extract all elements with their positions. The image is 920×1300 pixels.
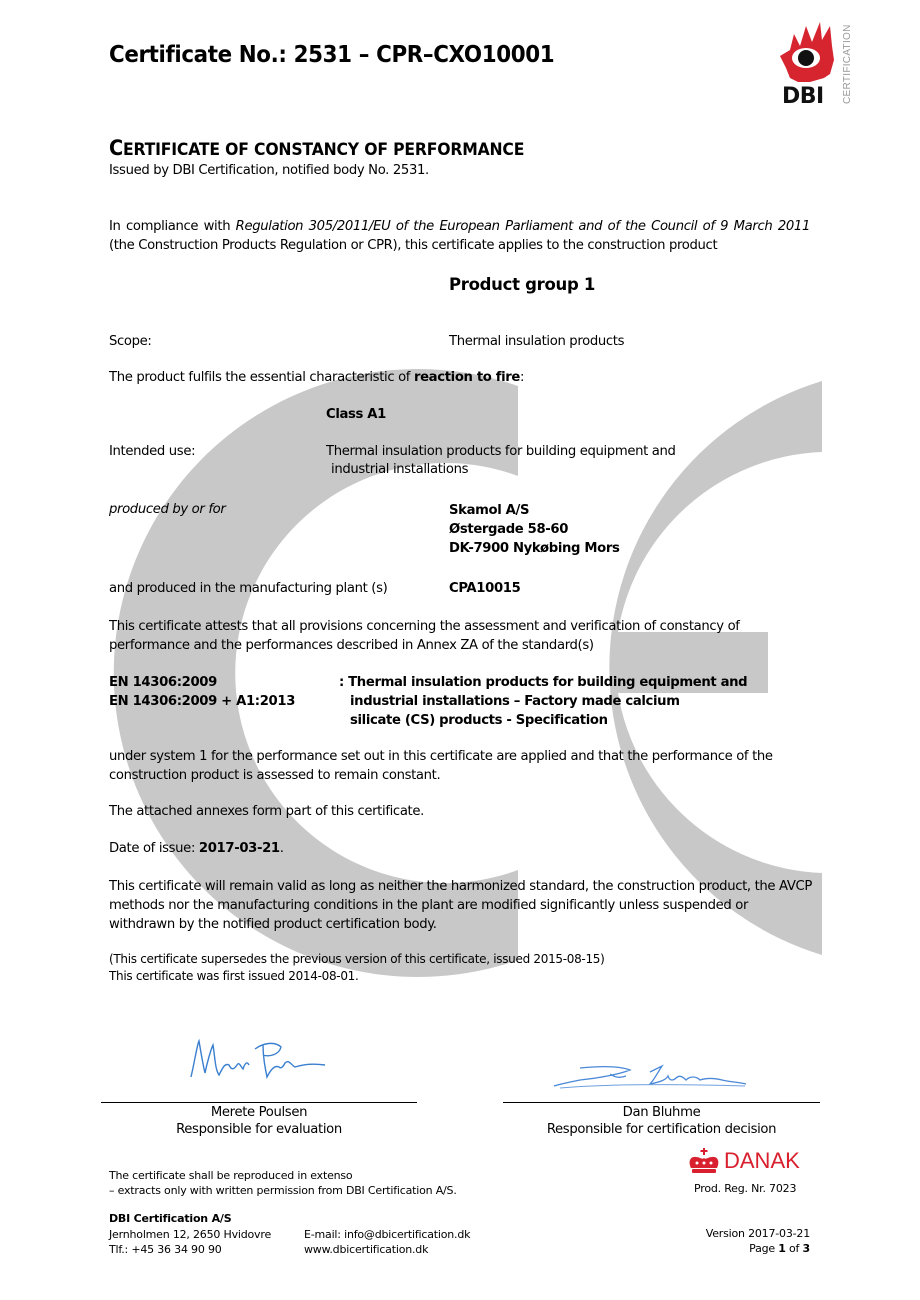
registration-number: Prod. Reg. Nr. 7023 (694, 1182, 796, 1195)
standard-code: EN 14306:2009 (109, 674, 295, 693)
signature-dan-bluhme (550, 1060, 750, 1095)
plant-label: and produced in the manufacturing plant … (109, 581, 387, 596)
standard-description-line: silicate (CS) products - Specification (339, 712, 747, 731)
company-contact-right: E-mail: info@dbicertification.dk www.dbi… (304, 1227, 470, 1257)
svg-text:DBI: DBI (782, 84, 824, 108)
date-of-issue: Date of issue: 2017-03-21. (109, 841, 284, 856)
validity-paragraph: This certificate will remain valid as lo… (109, 878, 814, 934)
plant-value: CPA10015 (449, 581, 520, 596)
dbi-certification-vertical-text: CERTIFICATION (842, 24, 853, 104)
danak-logo: DANAK (688, 1148, 800, 1174)
danak-label: DANAK (724, 1148, 800, 1174)
system-paragraph: under system 1 for the performance set o… (109, 748, 809, 786)
standard-codes: EN 14306:2009 EN 14306:2009 + A1:2013 (109, 674, 295, 712)
reproduction-line: The certificate shall be reproduced in e… (109, 1168, 457, 1183)
dbi-logo: DBI CERTIFICATION (772, 20, 858, 108)
intended-use-line1: Thermal insulation products for building… (326, 444, 676, 459)
page-indicator: Page 1 of 3 (749, 1242, 810, 1255)
supersedes-note: (This certificate supersedes the previou… (109, 952, 605, 966)
danak-crown-icon (688, 1148, 720, 1174)
document-title: CERTIFICATE OF CONSTANCY OF PERFORMANCE (109, 136, 524, 160)
company-phone: Tlf.: +45 36 34 90 90 (109, 1242, 271, 1257)
signatory-right: Dan Bluhme Responsible for certification… (503, 1104, 820, 1138)
signature-merete-poulsen (185, 1035, 330, 1085)
attests-paragraph: This certificate attests that all provis… (109, 618, 809, 656)
producer-street: Østergade 58-60 (449, 521, 620, 540)
compliance-paragraph: In compliance with Regulation 305/2011/E… (109, 218, 810, 256)
company-address: Jernholmen 12, 2650 Hvidovre (109, 1227, 271, 1242)
producer-label: produced by or for (109, 502, 225, 517)
standard-description: : Thermal insulation products for buildi… (339, 674, 747, 730)
first-issued-note: This certificate was first issued 2014-0… (109, 969, 359, 983)
signatory-role: Responsible for certification decision (503, 1121, 820, 1138)
annexes-note: The attached annexes form part of this c… (109, 804, 424, 819)
standard-description-line: industrial installations – Factory made … (339, 693, 747, 712)
company-email[interactable]: E-mail: info@dbicertification.dk (304, 1227, 470, 1242)
intended-use-line2: industrial installations (331, 462, 468, 477)
standard-code: EN 14306:2009 + A1:2013 (109, 693, 295, 712)
signatory-name: Merete Poulsen (101, 1104, 417, 1121)
company-name: DBI Certification A/S (109, 1212, 231, 1225)
issued-by: Issued by DBI Certification, notified bo… (109, 163, 429, 178)
intended-use-label: Intended use: (109, 444, 195, 459)
signatory-role: Responsible for evaluation (101, 1121, 417, 1138)
producer-address: Skamol A/S Østergade 58-60 DK-7900 Nykøb… (449, 502, 620, 558)
scope-label: Scope: (109, 334, 152, 349)
producer-city: DK-7900 Nykøbing Mors (449, 540, 620, 559)
signatory-left: Merete Poulsen Responsible for evaluatio… (101, 1104, 417, 1138)
fire-class: Class A1 (326, 407, 386, 422)
product-group: Product group 1 (449, 275, 595, 294)
certificate-number: Certificate No.: 2531 – CPR–CXO10001 (109, 42, 554, 68)
signatory-name: Dan Bluhme (503, 1104, 820, 1121)
standard-description-line: : Thermal insulation products for buildi… (339, 674, 747, 693)
company-contact-left: Jernholmen 12, 2650 Hvidovre Tlf.: +45 3… (109, 1227, 271, 1257)
version: Version 2017-03-21 (706, 1227, 810, 1240)
signature-line-left (101, 1102, 417, 1103)
characteristic-line: The product fulfils the essential charac… (109, 370, 524, 385)
signature-line-right (503, 1102, 820, 1103)
company-website[interactable]: www.dbicertification.dk (304, 1242, 470, 1257)
reproduction-line: – extracts only with written permission … (109, 1183, 457, 1198)
reproduction-note: The certificate shall be reproduced in e… (109, 1168, 457, 1198)
scope-value: Thermal insulation products (449, 334, 624, 349)
producer-name: Skamol A/S (449, 502, 620, 521)
